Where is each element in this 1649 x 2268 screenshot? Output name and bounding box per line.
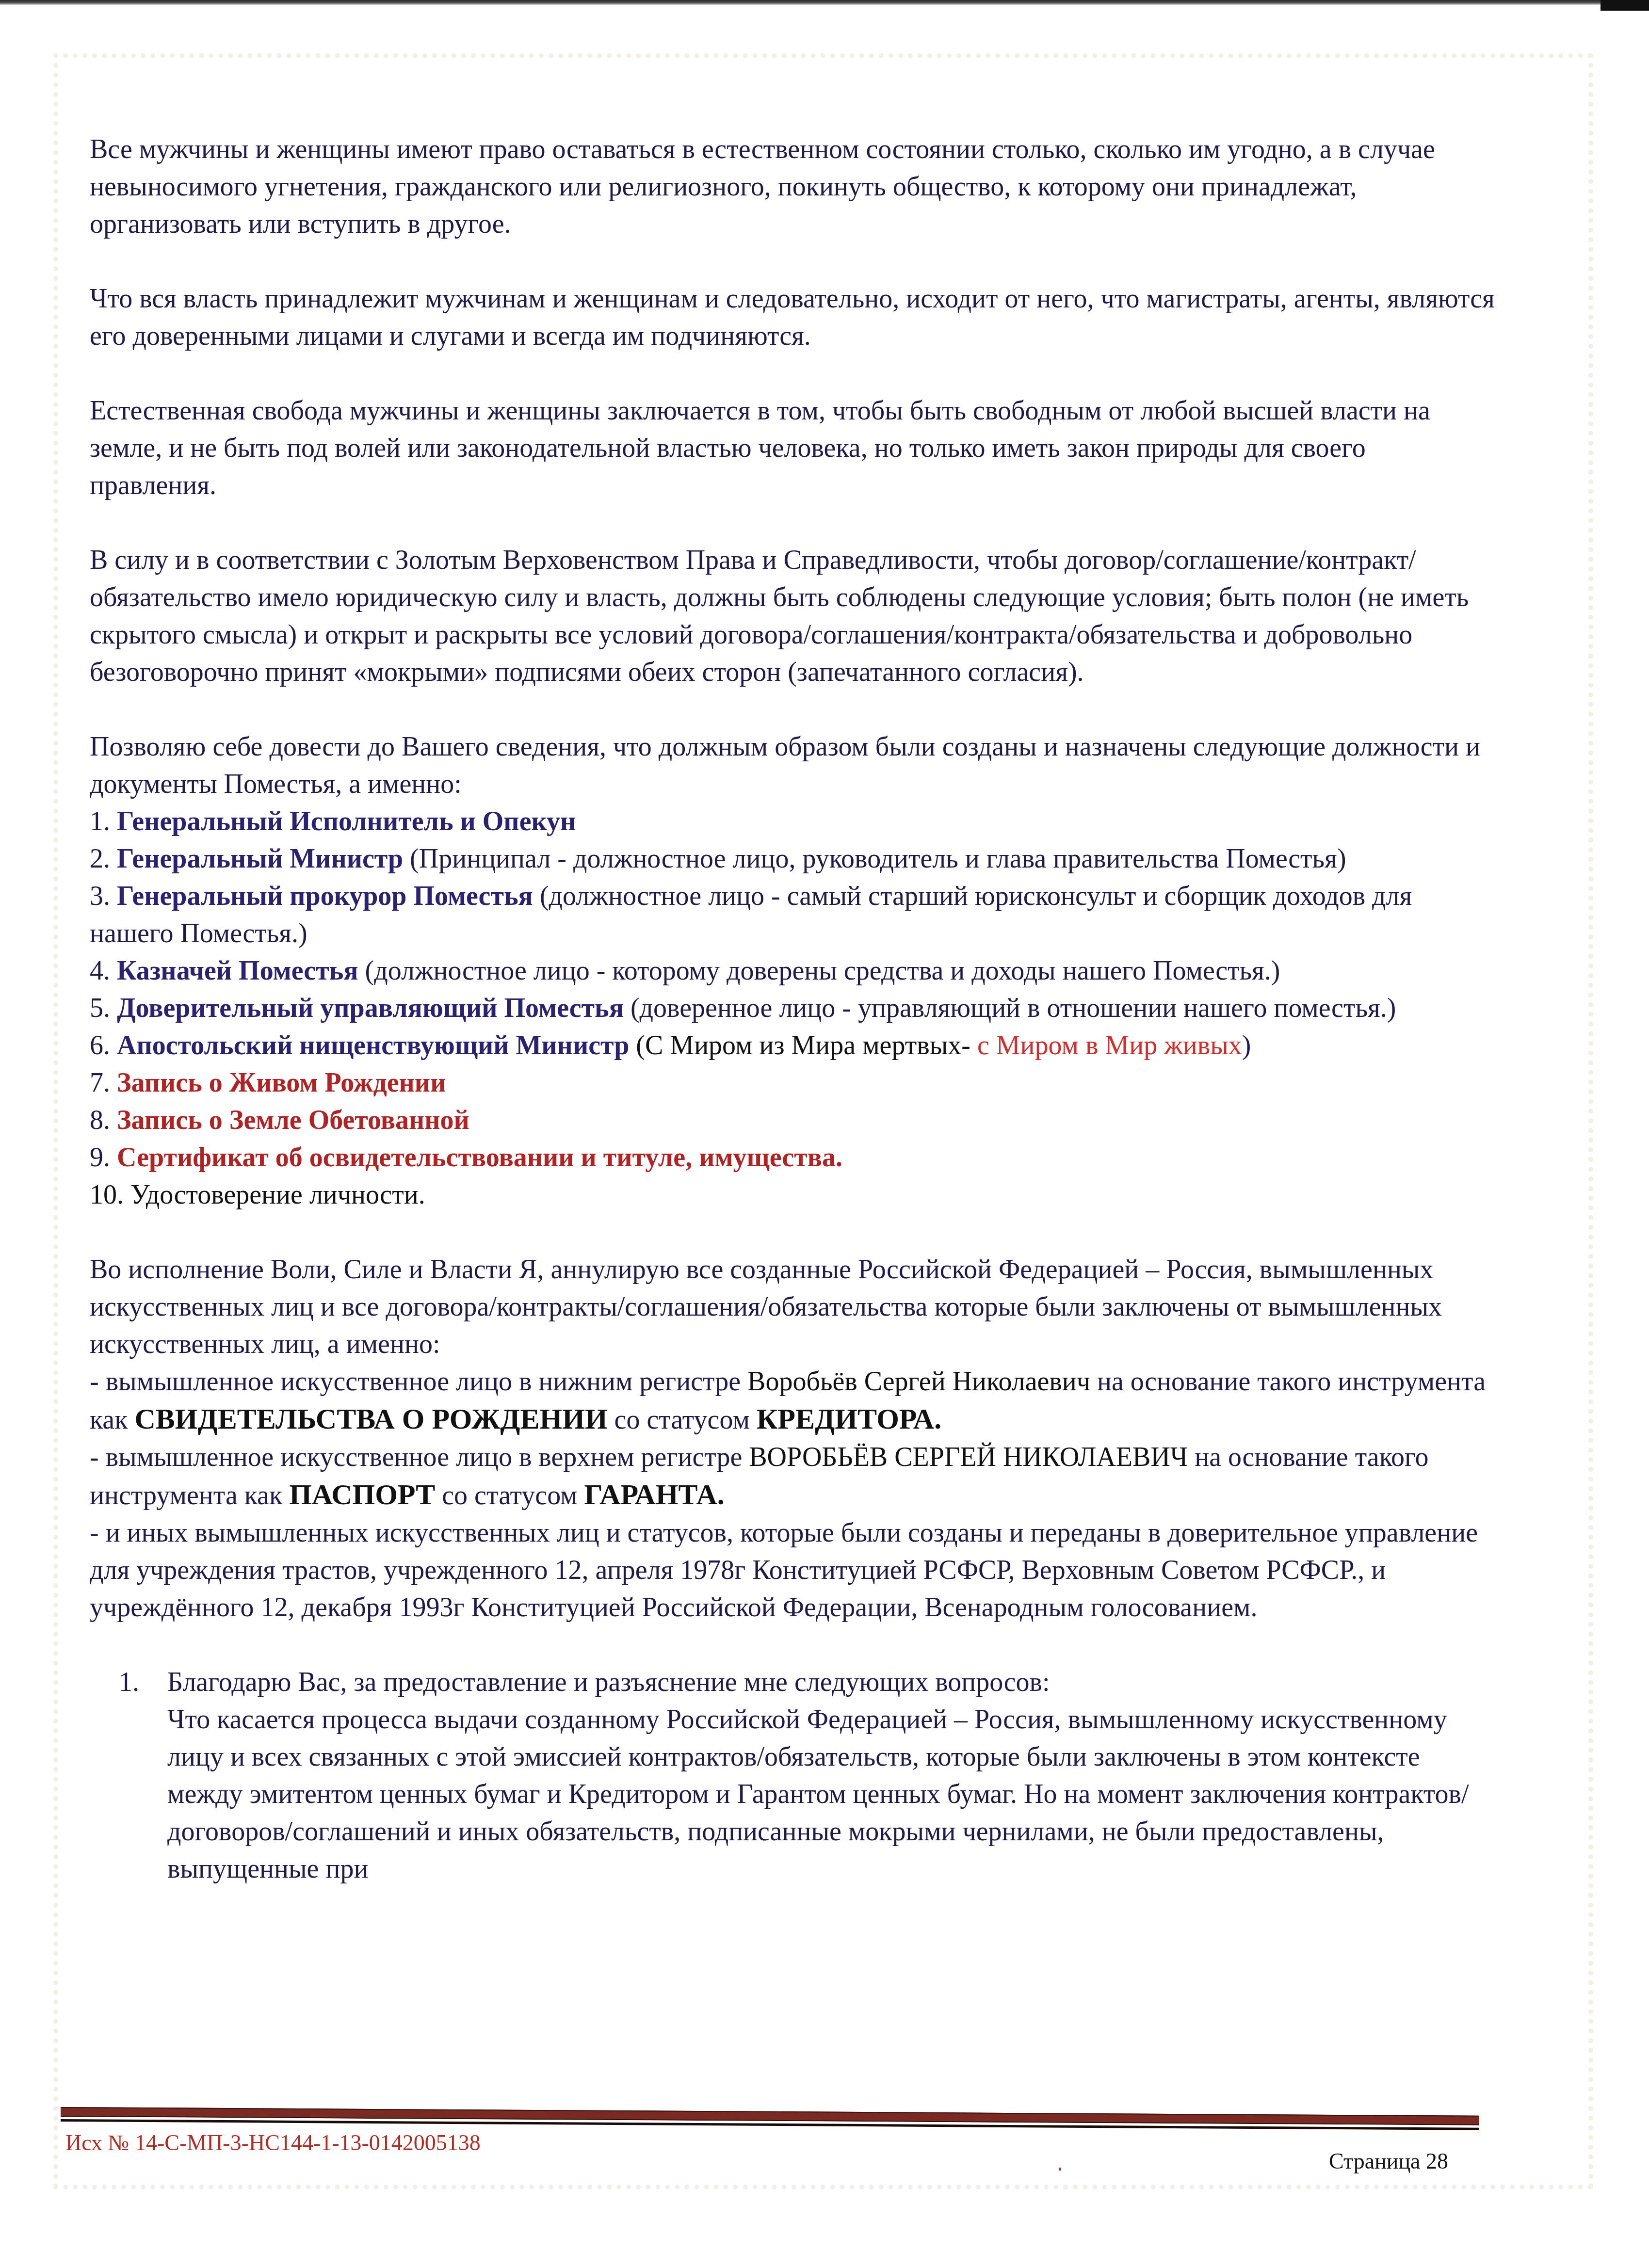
- annulment-intro: Во исполнение Воли, Силе и Власти Я, анн…: [90, 1251, 1496, 1363]
- scan-edge-corner: [1600, 0, 1649, 11]
- annulment-item: - вымышленное искусственное лицо в верхн…: [90, 1439, 1496, 1514]
- paragraph-offices-intro: Позволяю себе довести до Вашего сведения…: [90, 728, 1496, 803]
- paragraph-natural-state: Все мужчины и женщины имеют право остава…: [90, 131, 1496, 243]
- status-label: КРЕДИТОРА.: [757, 1403, 941, 1435]
- page-number: Страница 28: [1329, 2148, 1448, 2174]
- annulment-item: - вымышленное искусственное лицо в нижни…: [90, 1363, 1496, 1439]
- list-item: 8. Запись о Земле Обетованной: [90, 1102, 1496, 1139]
- list-item: 4. Казначей Поместья (должностное лицо -…: [90, 952, 1496, 990]
- office-title: Генеральный Исполнитель и Опекун: [117, 806, 576, 836]
- list-item: 5. Доверительный управляющий Поместья (д…: [90, 990, 1496, 1027]
- office-desc-highlight: с Миром в Мир живых: [977, 1030, 1242, 1061]
- office-desc: (Принципал - должностное лицо, руководит…: [403, 844, 1346, 874]
- paragraph-golden-rule: В силу и в соответствии с Золотым Верхов…: [90, 542, 1496, 691]
- office-title: Генеральный Министр: [117, 844, 403, 874]
- person-name-lowercase: Воробьёв Сергей Николаевич: [747, 1367, 1090, 1397]
- annulment-section: Во исполнение Воли, Силе и Власти Я, анн…: [90, 1251, 1496, 1626]
- office-desc: (С Миром из Мира мертвых-: [629, 1030, 977, 1061]
- paragraph-power: Что вся власть принадлежит мужчинам и же…: [90, 280, 1496, 355]
- office-title: Генеральный прокурор Поместья: [117, 881, 533, 911]
- scan-speck: [1059, 2168, 1061, 2171]
- document-reference-number: Исх № 14-С-МП-3-НС144-1-13-0142005138: [65, 2130, 481, 2155]
- status-label: ГАРАНТА.: [584, 1479, 725, 1511]
- office-desc: (должностное лицо - которому доверены ср…: [358, 956, 1280, 986]
- list-item: 1. Генеральный Исполнитель и Опекун: [90, 803, 1496, 840]
- office-title: Доверительный управляющий Поместья: [117, 993, 624, 1023]
- record-title: Запись о Живом Рождении: [117, 1068, 446, 1098]
- list-item: 9. Сертификат об освидетельствовании и т…: [90, 1139, 1496, 1176]
- office-title: Казначей Поместья: [117, 956, 358, 986]
- instrument-name: СВИДЕТЕЛЬСТВА О РОЖДЕНИИ: [134, 1403, 607, 1435]
- list-item: 7. Запись о Живом Рождении: [90, 1064, 1496, 1102]
- question-heading: Благодарю Вас, за предоставление и разъя…: [167, 1664, 1496, 1701]
- question-body: Что касается процесса выдачи созданному …: [167, 1701, 1496, 1888]
- list-item: 2. Генеральный Министр (Принципал - долж…: [90, 840, 1496, 878]
- list-item: 10. Удостоверение личности.: [90, 1176, 1496, 1214]
- record-title: Запись о Земле Обетованной: [117, 1105, 469, 1135]
- instrument-name: ПАСПОРТ: [289, 1479, 435, 1511]
- question-item: 1. Благодарю Вас, за предоставление и ра…: [90, 1664, 1496, 1888]
- list-item: 6. Апостольский нищенствующий Министр (С…: [90, 1027, 1496, 1064]
- page-body: Все мужчины и женщины имеют право остава…: [90, 131, 1496, 1888]
- scan-edge-top: [0, 0, 1649, 5]
- office-desc: (доверенное лицо - управляющий в отношен…: [624, 993, 1396, 1023]
- offices-list: 1. Генеральный Исполнитель и Опекун 2. Г…: [90, 803, 1496, 1214]
- annulment-item: - и иных вымышленных искусственных лиц и…: [90, 1514, 1496, 1626]
- office-title: Апостольский нищенствующий Министр: [117, 1030, 629, 1061]
- person-name-uppercase: ВОРОБЬЁВ СЕРГЕЙ НИКОЛАЕВИЧ: [749, 1442, 1188, 1472]
- paragraph-natural-liberty: Естественная свобода мужчины и женщины з…: [90, 392, 1496, 504]
- record-title: Сертификат об освидетельствовании и титу…: [117, 1142, 842, 1173]
- list-item: 3. Генеральный прокурор Поместья (должно…: [90, 878, 1496, 952]
